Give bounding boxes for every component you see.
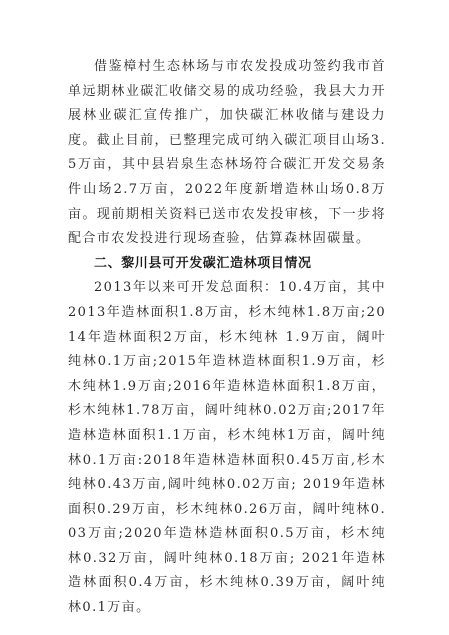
section-heading-lichuan-projects: 二、黎川县可开发碳汇造林项目情况 xyxy=(68,252,386,277)
paragraph-carbon-sink-storage: 借鉴樟村生态林场与市农发投成功签约我市首单远期林业碳汇收储交易的成功经验，我县大… xyxy=(68,55,386,252)
paragraph-afforestation-areas: 2013年以来可开发总面积：10.4万亩，其中2013年造林面积1.8万亩，杉木… xyxy=(68,276,386,620)
document-page: 借鉴樟村生态林场与市农发投成功签约我市首单远期林业碳汇收储交易的成功经验，我县大… xyxy=(68,55,386,621)
